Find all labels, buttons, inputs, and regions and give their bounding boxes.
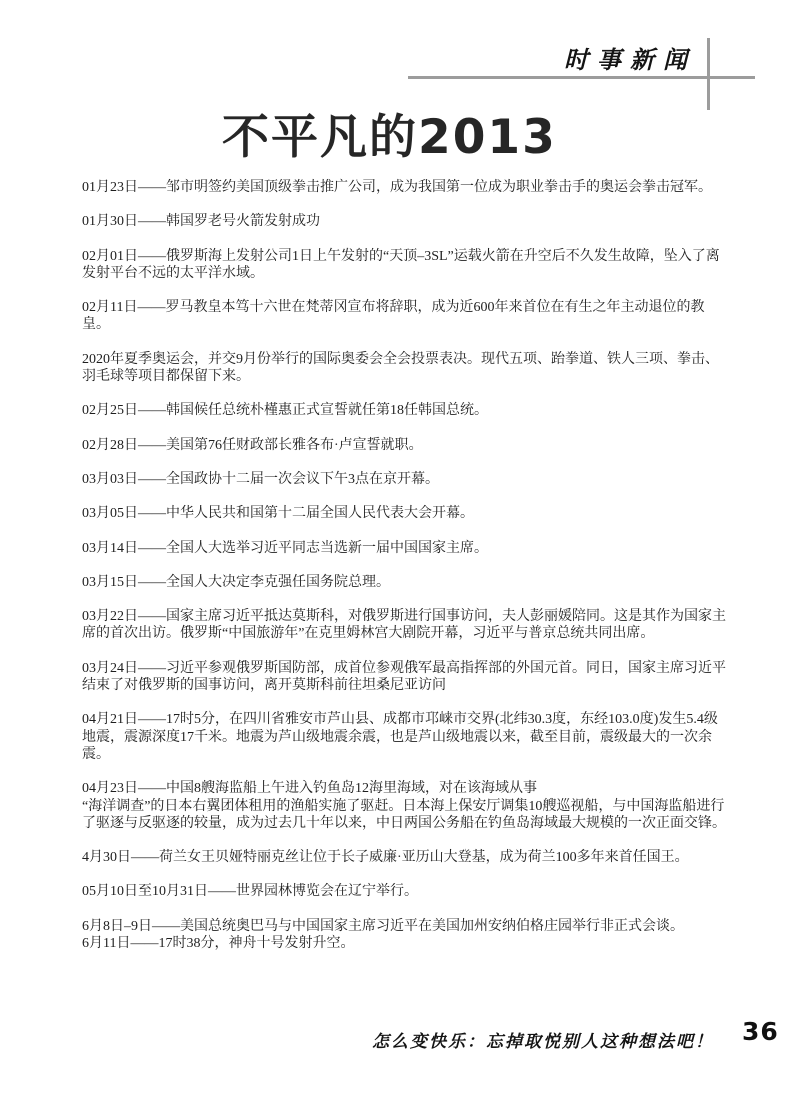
news-entry: 03月05日——中华人民共和国第十二届全国人民代表大会开幕。 (82, 505, 728, 522)
header-horizontal-rule (408, 76, 755, 79)
news-entry: 05月10日至10月31日——世界园林博览会在辽宁举行。 (82, 883, 728, 900)
header-vertical-rule (707, 38, 710, 110)
news-entry: 03月15日——全国人大决定李克强任国务院总理。 (82, 574, 728, 591)
footer-quote: 怎么变快乐：忘掉取悦别人这种想法吧！ (372, 1027, 714, 1052)
news-entry: 02月01日——俄罗斯海上发射公司1日上午发射的“天顶–3SL”运载火箭在升空后… (82, 248, 728, 283)
news-entry: 02月11日——罗马教皇本笃十六世在梵蒂冈宣布将辞职，成为近600年来首位在有生… (82, 299, 728, 334)
news-entry: 01月30日——韩国罗老号火箭发射成功 (82, 213, 728, 230)
news-entry: 4月30日——荷兰女王贝娅特丽克丝让位于长子威廉·亚历山大登基，成为荷兰100多… (82, 849, 728, 866)
news-entry: 04月23日——中国8艘海监船上午进入钓鱼岛12海里海域，对在该海域从事 “海洋… (82, 780, 728, 832)
news-entry: 6月8日–9日——美国总统奥巴马与中国国家主席习近平在美国加州安纳伯格庄园举行非… (82, 918, 728, 953)
section-label: 时事新闻 (564, 40, 696, 75)
news-entry: 04月21日——17时5分，在四川省雅安市芦山县、成都市邛崃市交界(北纬30.3… (82, 711, 728, 763)
news-entry: 03月14日——全国人大选举习近平同志当选新一届中国国家主席。 (82, 540, 728, 557)
news-entry: 02月28日——美国第76任财政部长雅各布·卢宣誓就职。 (82, 437, 728, 454)
news-entry: 2020年夏季奥运会，并交9月份举行的国际奥委会全会投票表决。现代五项、跆拳道、… (82, 351, 728, 386)
page-title: 不平凡的2013 (222, 100, 557, 167)
news-entry: 01月23日——邹市明签约美国顶级拳击推广公司，成为我国第一位成为职业拳击手的奥… (82, 179, 728, 196)
news-entry: 02月25日——韩国候任总统朴槿惠正式宣誓就任第18任韩国总统。 (82, 402, 728, 419)
magazine-page: 时事新闻 不平凡的2013 01月23日——邹市明签约美国顶级拳击推广公司，成为… (0, 0, 806, 1095)
news-entry: 03月24日——习近平参观俄罗斯国防部，成首位参观俄军最高指挥部的外国元首。同日… (82, 660, 728, 695)
page-number: 36 (742, 1017, 779, 1046)
news-entry: 03月22日——国家主席习近平抵达莫斯科，对俄罗斯进行国事访问，夫人彭丽媛陪同。… (82, 608, 728, 643)
news-list: 01月23日——邹市明签约美国顶级拳击推广公司，成为我国第一位成为职业拳击手的奥… (82, 179, 728, 969)
news-entry: 03月03日——全国政协十二届一次会议下午3点在京开幕。 (82, 471, 728, 488)
